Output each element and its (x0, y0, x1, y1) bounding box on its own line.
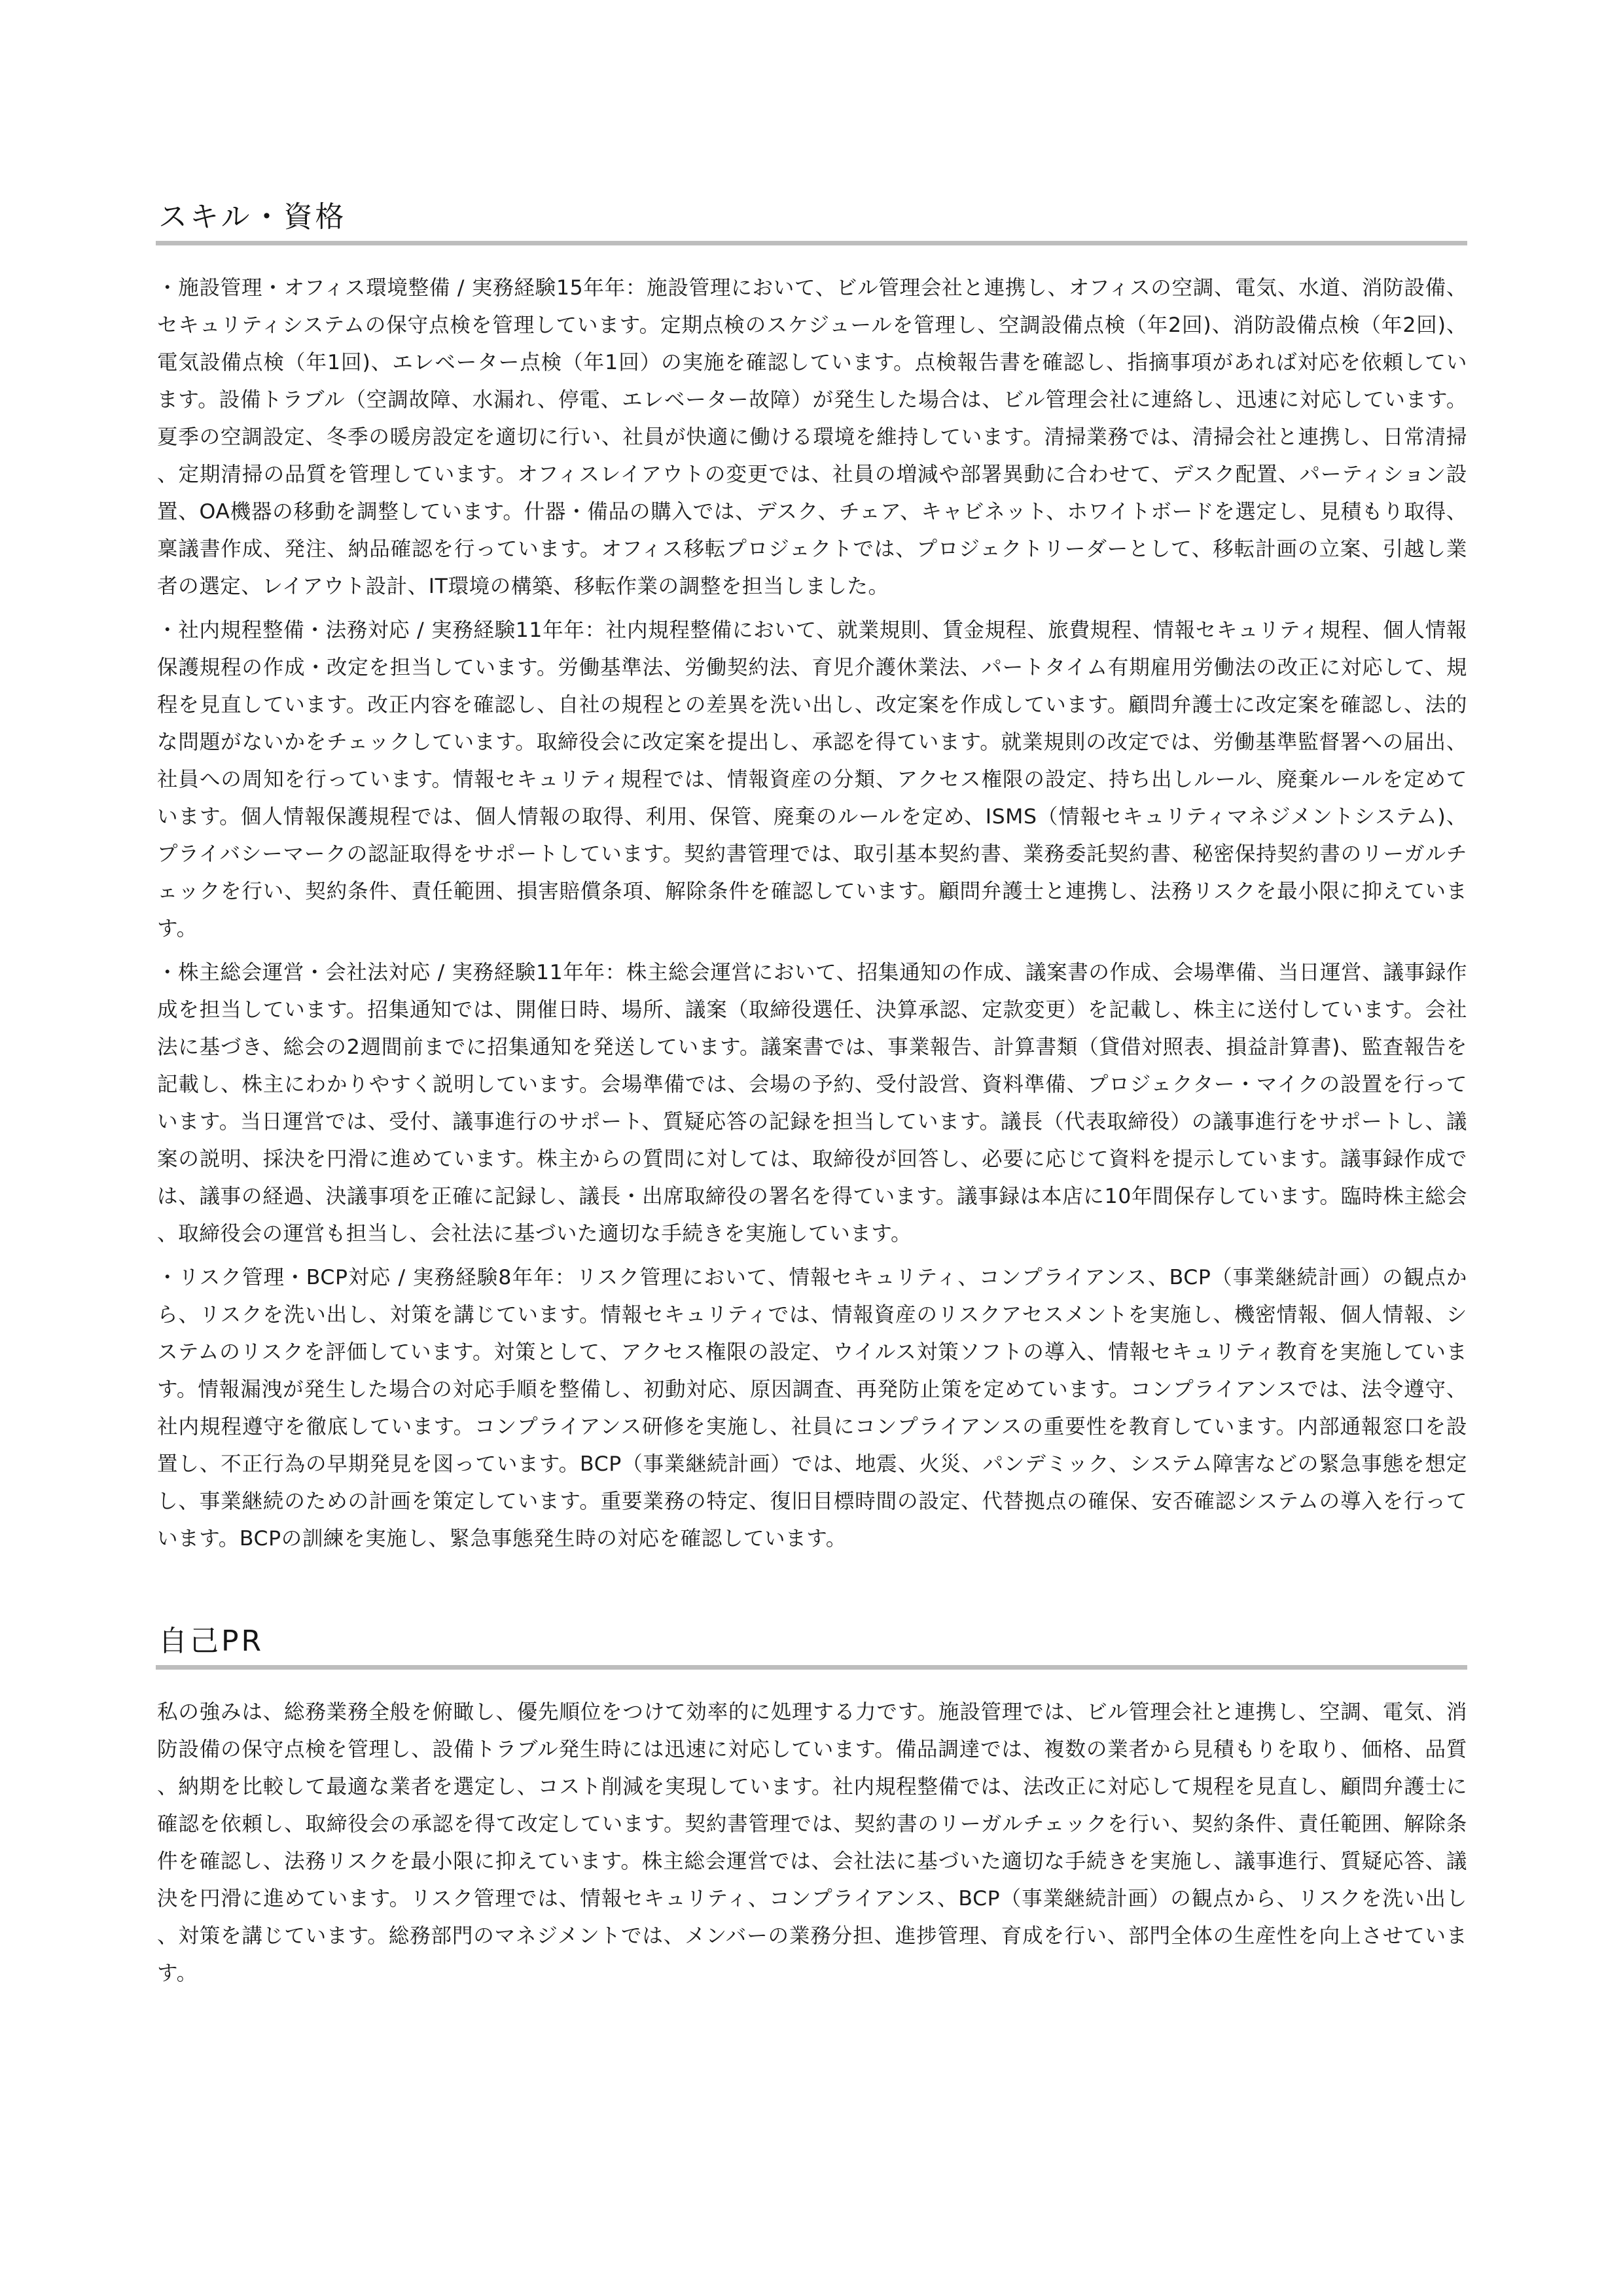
section-heading-self-pr: 自己PR (157, 1623, 1467, 1660)
self-pr-paragraph: 私の強みは、総務業務全般を俯瞰し、優先順位をつけて効率的に処理する力です。施設管… (157, 1694, 1467, 1992)
skill-item-facility: ・施設管理・オフィス環境整備 / 実務経験15年年：施設管理において、ビル管理会… (157, 270, 1467, 605)
skills-body: ・施設管理・オフィス環境整備 / 実務経験15年年：施設管理において、ビル管理会… (157, 270, 1467, 1558)
skill-item-risk-bcp: ・リスク管理・BCP対応 / 実務経験8年年：リスク管理において、情報セキュリテ… (157, 1259, 1467, 1558)
skill-item-shareholders-meeting: ・株主総会運営・会社法対応 / 実務経験11年年：株主総会運営において、招集通知… (157, 954, 1467, 1253)
skills-section: スキル・資格 ・施設管理・オフィス環境整備 / 実務経験15年年：施設管理におい… (157, 199, 1467, 1564)
self-pr-body: 私の強みは、総務業務全般を俯瞰し、優先順位をつけて効率的に処理する力です。施設管… (157, 1694, 1467, 1992)
self-pr-section: 自己PR 私の強みは、総務業務全般を俯瞰し、優先順位をつけて効率的に処理する力で… (157, 1623, 1467, 1999)
skill-item-regulations-legal: ・社内規程整備・法務対応 / 実務経験11年年：社内規程整備において、就業規則、… (157, 612, 1467, 948)
heading-divider (156, 241, 1467, 245)
heading-divider (156, 1665, 1467, 1670)
section-heading-skills: スキル・資格 (157, 199, 1467, 236)
